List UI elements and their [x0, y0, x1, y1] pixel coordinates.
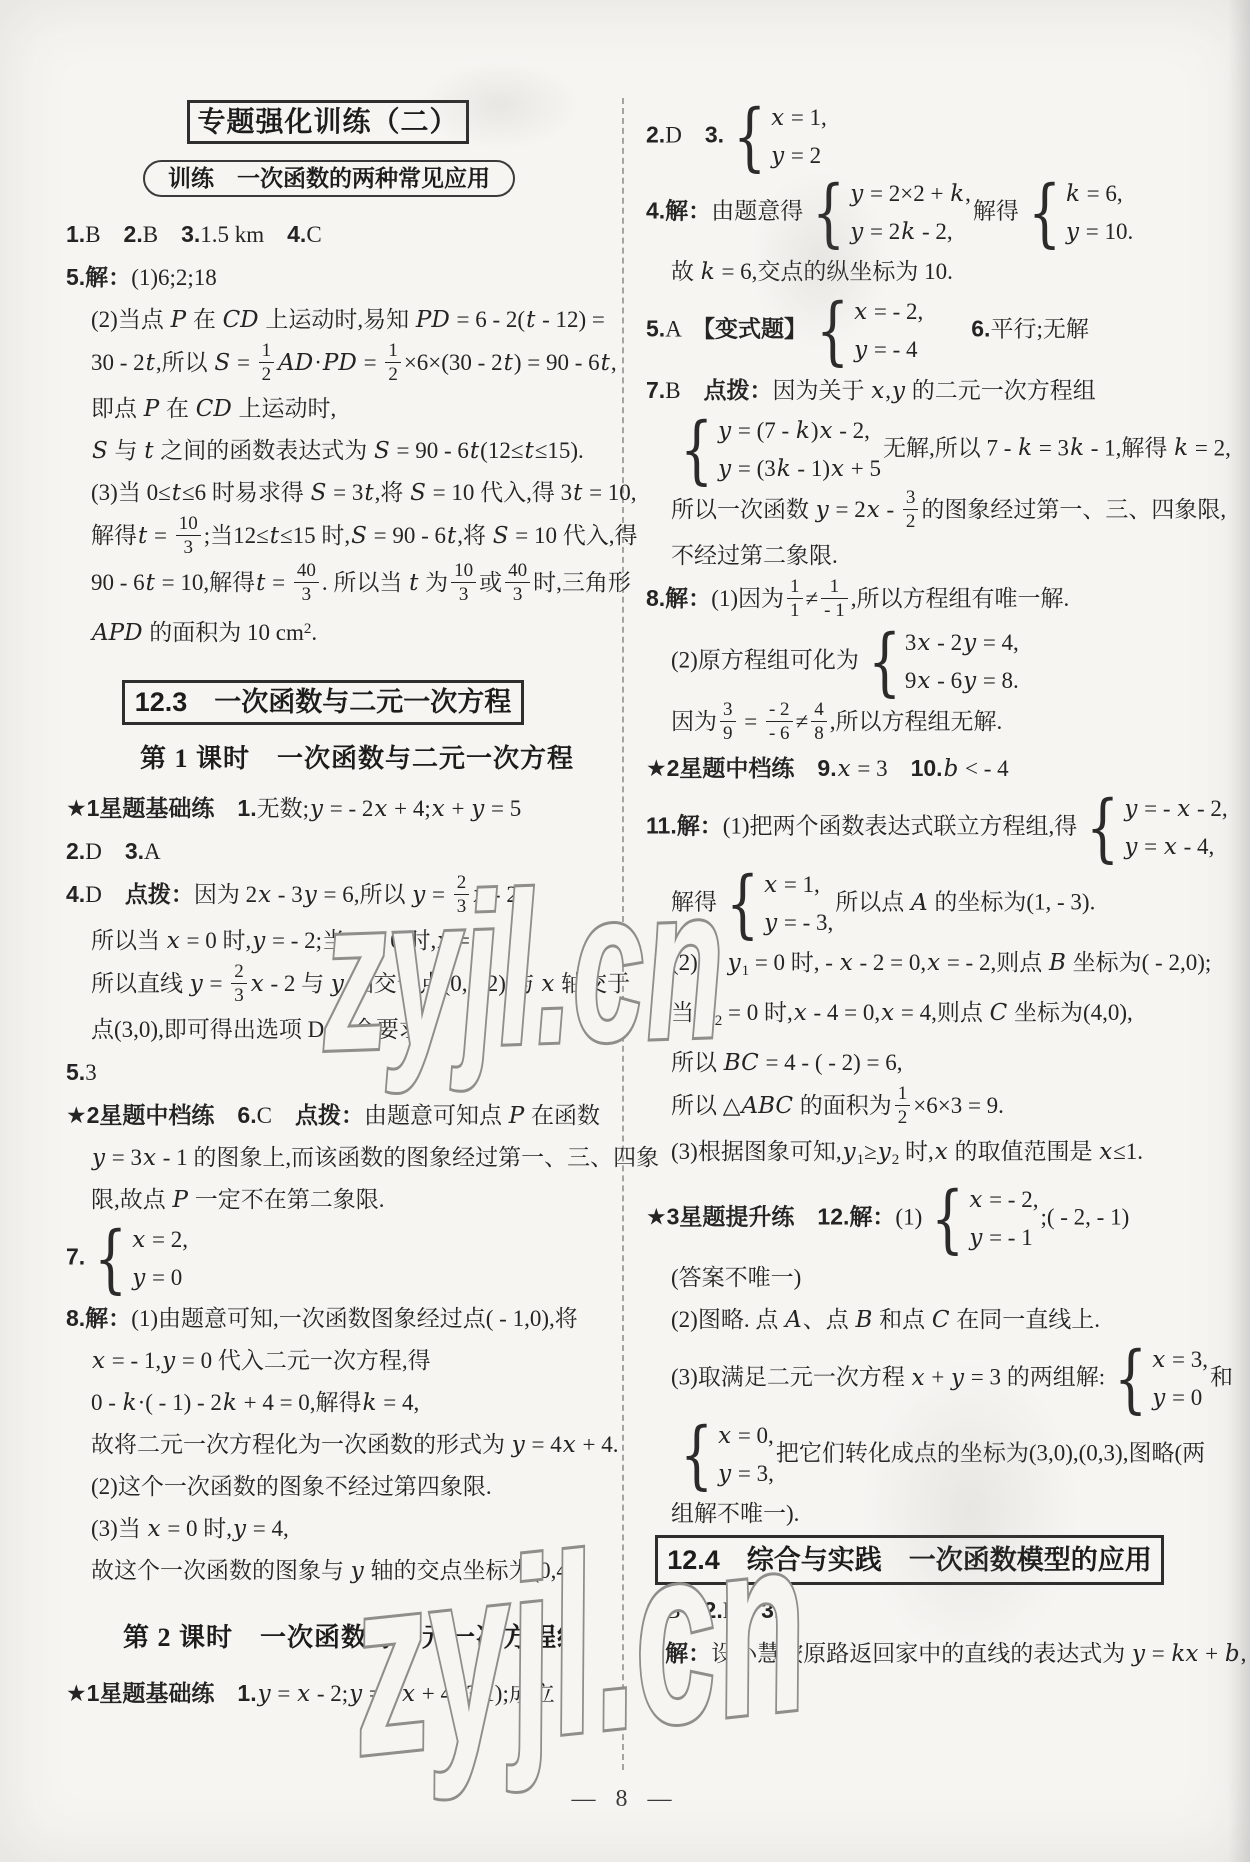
math-variable: t: [143, 438, 154, 464]
system-row: x = 0,: [717, 1417, 774, 1455]
answer-line: 所以一次函数 y = 2x - 32的图象经过第一、三、四象限,: [646, 488, 1220, 535]
system-rows: x = 0,y = 3,: [717, 1417, 774, 1493]
answer-line: 7.{x = 2,y = 0: [66, 1221, 618, 1297]
fraction-numerator: 1: [787, 575, 803, 598]
math-variable: y: [770, 143, 785, 169]
math-variable: x: [819, 418, 834, 444]
math-variable: A: [784, 1307, 803, 1333]
answer-line: 点(3,0),即可得出选项 D 符合要求.: [66, 1009, 618, 1051]
math-variable: S: [492, 523, 510, 549]
math-variable: t: [523, 438, 534, 464]
fraction-numerator: 4: [811, 698, 827, 721]
answer-line: (2)原方程组可化为{3x - 2y = 4,9x - 6y = 8.: [646, 624, 1220, 700]
bold-label: 4.解：: [646, 1640, 711, 1666]
math-variable: x: [472, 882, 487, 908]
fraction-denominator: 3: [176, 535, 201, 559]
system-brace: {: [733, 100, 766, 174]
bold-label: ★2星题中档练: [646, 755, 794, 781]
answer-line: S 与 t 之间的函数表达式为 S = 90 - 6t(12≤t≤15).: [66, 430, 618, 472]
math-variable: x: [717, 1423, 732, 1449]
section-header-box: 12.3 一次函数与二元一次方程: [122, 680, 524, 725]
system-rows: k = 6,y = 10.: [1065, 175, 1133, 251]
answer-line: 限,故点 P 一定不在第二象限.: [66, 1179, 618, 1221]
system-rows: x = 1,y = 2: [770, 99, 827, 175]
bold-label: 8.解：: [66, 1305, 131, 1331]
subscript: 1: [857, 1152, 865, 1168]
bold-label: 6.: [237, 1102, 256, 1128]
system-brace: {: [94, 1222, 127, 1296]
answer-line: (2)当点 P 在 CD 上运动时,易知 PD = 6 - 2(t - 12) …: [66, 299, 618, 341]
math-variable: y: [962, 668, 977, 694]
answer-line: APD 的面积为 10 cm2.: [66, 608, 618, 654]
math-variable: P: [143, 396, 160, 422]
math-variable: x: [934, 1139, 949, 1165]
math-variable: k: [700, 259, 716, 285]
subscript: 2: [892, 1152, 900, 1168]
fraction: 103: [451, 559, 476, 606]
system-row: x = 3,: [1151, 1341, 1208, 1379]
math-variable: b: [943, 756, 960, 782]
math-variable: x: [1176, 796, 1191, 822]
math-variable: k: [900, 219, 916, 245]
math-variable: x: [436, 928, 451, 954]
paper-smudge: [420, 60, 580, 150]
bold-label: 9.: [817, 755, 836, 781]
fraction: 23: [231, 960, 247, 1007]
fraction-denominator: - 6: [766, 721, 793, 745]
math-variable: x: [837, 756, 852, 782]
bold-label: 2.: [66, 838, 85, 864]
system-brace: {: [1028, 176, 1061, 250]
math-variable: y: [727, 950, 742, 976]
math-variable: y: [877, 1139, 892, 1165]
answer-line: (2)当 y1 = 0 时, - x - 2 = 0,x = - 2,则点 B …: [646, 942, 1220, 992]
system-row: 9x - 6y = 8.: [905, 662, 1019, 700]
fraction: 32: [903, 486, 919, 533]
fraction-numerator: 2: [454, 871, 470, 894]
answer-line: 8.解：(1)由题意可知,一次函数图象经过点( - 1,0),将: [66, 1297, 618, 1340]
math-variable: y: [1131, 1641, 1146, 1667]
math-variable: y: [257, 1681, 272, 1707]
subscript: 2: [715, 1013, 723, 1029]
fraction: 39: [720, 698, 736, 745]
answer-line: 故 k = 6,交点的纵坐标为 10.: [646, 251, 1220, 293]
math-variable: y: [189, 971, 204, 997]
paper-smudge: [750, 170, 890, 350]
equation-system: {x = 1,y = 2: [726, 99, 827, 175]
system-row: y = (7 - k)x - 2,: [717, 412, 881, 450]
math-variable: t: [446, 523, 457, 549]
equation-system: {x = - 2,y = - 1: [924, 1181, 1038, 1257]
math-variable: t: [525, 307, 536, 333]
equation-system: {x = 2,y = 0: [87, 1221, 188, 1297]
math-variable: x: [166, 928, 181, 954]
fraction-denominator: - 1: [821, 598, 848, 622]
answer-line: 2.D 3.{x = 1,y = 2: [646, 99, 1220, 175]
math-variable: y: [1123, 834, 1138, 860]
answer-line: 不经过第二象限.: [646, 535, 1220, 577]
math-variable: x: [250, 971, 265, 997]
math-variable: t: [145, 570, 156, 596]
math-variable: y: [1151, 1385, 1166, 1411]
math-variable: CD: [222, 307, 260, 333]
answer-line: 5.3: [66, 1051, 618, 1094]
bold-label: 1.: [66, 221, 85, 247]
bold-label: 5.: [646, 315, 665, 341]
math-variable: y: [1123, 796, 1138, 822]
math-variable: t: [137, 523, 148, 549]
math-variable: P: [508, 1103, 525, 1129]
fraction: 103: [176, 512, 201, 559]
system-row: x = - 2,: [968, 1181, 1038, 1219]
math-variable: C: [989, 1000, 1009, 1026]
system-row: y = (3k - 1)x + 5: [717, 450, 881, 488]
fraction-denominator: 2: [259, 362, 275, 386]
fraction: 12: [895, 1082, 911, 1129]
fraction-denominator: 3: [294, 582, 319, 606]
bold-label: 5.解：: [66, 264, 131, 290]
answer-line: 30 - 2t,所以 S = 12AD·PD = 12×6×(30 - 2t) …: [66, 341, 618, 388]
math-variable: B: [854, 1307, 873, 1333]
bold-label: 3.: [125, 838, 144, 864]
math-variable: kx: [1170, 1641, 1199, 1667]
math-variable: y: [717, 456, 732, 482]
fraction-denominator: 1: [787, 598, 803, 622]
bold-label: 10.: [911, 755, 943, 781]
answer-line: (3)当 x = 0 时,y = 4,: [66, 1508, 618, 1550]
math-variable: ABC: [740, 1093, 794, 1119]
math-variable: k: [949, 181, 965, 207]
math-variable: t: [269, 523, 280, 549]
math-variable: y: [891, 378, 906, 404]
math-variable: x: [916, 630, 931, 656]
column-divider: [622, 98, 624, 1770]
answer-line: 2.D 3.A: [66, 830, 618, 873]
math-variable: x: [431, 796, 446, 822]
equation-system: {k = 6,y = 10.: [1021, 175, 1133, 251]
math-variable: x: [131, 1227, 146, 1253]
fraction-numerator: 1: [385, 339, 401, 362]
answer-line: 解得t = 103;当12≤t≤15 时,S = 90 - 6t,将 S = 1…: [66, 514, 618, 561]
math-variable: x: [562, 1432, 577, 1458]
answer-line: (答案不唯一): [646, 1257, 1220, 1299]
math-variable: x: [770, 105, 785, 131]
equation-system: {x = 1,y = - 3,: [719, 866, 833, 942]
fraction-numerator: 1: [895, 1082, 911, 1105]
math-variable: y: [470, 796, 485, 822]
system-rows: x = 2,y = 0: [131, 1221, 188, 1297]
page-number: — 8 —: [0, 1786, 1250, 1813]
math-variable: t: [145, 350, 156, 376]
answer-line: 8.解：(1)因为11≠1- 1,所以方程组有唯一解.: [646, 577, 1220, 624]
answer-line: 故这个一次函数的图象与 y 轴的交点坐标为(0,4).: [66, 1550, 618, 1592]
math-variable: S: [409, 480, 427, 506]
fraction-denominator: 9: [720, 721, 736, 745]
bold-label: 3.: [181, 221, 200, 247]
fraction: 403: [294, 559, 319, 606]
math-variable: y: [411, 882, 426, 908]
math-variable: x: [1163, 834, 1178, 860]
math-variable: y: [815, 497, 830, 523]
answer-line: 所以当 x = 0 时,y = - 2;当 y = 0 时,x = 3,: [66, 920, 618, 962]
math-variable: A: [910, 890, 929, 916]
math-variable: x: [296, 1681, 311, 1707]
math-variable: C: [931, 1307, 951, 1333]
system-row: y = - 1: [968, 1219, 1038, 1257]
bold-label: 6.: [971, 315, 990, 341]
fraction-numerator: 3: [903, 486, 919, 509]
math-variable: t: [255, 570, 266, 596]
math-variable: x: [1098, 1139, 1113, 1165]
fraction-numerator: 40: [294, 559, 319, 582]
fraction-denominator: 8: [811, 721, 827, 745]
answer-line: 5.解：(1)6;2;18: [66, 256, 618, 299]
bold-label: 4.: [287, 221, 306, 247]
answer-line: (3)根据图象可知,y1≥y2 时,x 的取值范围是 x≤1.: [646, 1131, 1220, 1181]
math-variable: t: [363, 480, 374, 506]
math-variable: k: [1017, 435, 1033, 461]
superscript: 2: [304, 621, 312, 637]
system-row: x = 2,: [131, 1221, 188, 1259]
math-variable: k: [776, 456, 792, 482]
equation-system: {y = - x - 2,y = x - 4,: [1079, 790, 1227, 866]
system-brace: {: [931, 1182, 964, 1256]
math-variable: x: [916, 668, 931, 694]
system-rows: y = - x - 2,y = x - 4,: [1123, 790, 1227, 866]
math-variable: BC: [723, 1050, 760, 1076]
answer-line: 11.解：(1)把两个函数表达式联立方程组,得{y = - x - 2,y = …: [646, 790, 1220, 866]
math-variable: y: [351, 928, 366, 954]
answer-line: 7.B 点拨：因为关于 x,y 的二元一次方程组: [646, 369, 1220, 412]
answer-line: 当 y2 = 0 时,x - 4 = 0,x = 4,则点 C 坐标为(4,0)…: [646, 992, 1220, 1042]
fraction-numerator: 10: [176, 512, 201, 535]
math-variable: k: [1065, 181, 1081, 207]
bold-label: 7.: [66, 1244, 85, 1270]
bold-label: ★3星题提升练: [646, 1204, 794, 1230]
system-brace: {: [1086, 791, 1119, 865]
math-variable: x: [147, 1516, 162, 1542]
bold-label: 1.: [237, 1680, 256, 1706]
system-row: y = - 3,: [763, 904, 833, 942]
scanned-answer-page: 专题强化训练（二）训练 一次函数的两种常见应用1.B 2.B 3.1.5 km …: [0, 0, 1250, 1862]
bold-label: 7.: [646, 377, 665, 403]
math-variable: x: [880, 1000, 895, 1026]
paper-smudge: [860, 1360, 1080, 1660]
math-variable: y: [763, 910, 778, 936]
system-brace: {: [868, 625, 901, 699]
bold-label: 11.解：: [646, 813, 723, 839]
fraction-denominator: 3: [231, 983, 247, 1007]
bold-label: ★2星题中档练: [66, 1102, 214, 1128]
math-variable: x: [91, 1348, 106, 1374]
answer-line: 0 - k·( - 1) - 2k + 4 = 0,解得k = 4,: [66, 1382, 618, 1424]
system-rows: x = - 2,y = - 1: [968, 1181, 1038, 1257]
math-variable: x: [866, 497, 881, 523]
answer-line: 1.B 2.B 3.1.5 km 4.C: [66, 213, 618, 256]
math-variable: x: [1151, 1347, 1166, 1373]
system-brace: {: [726, 867, 759, 941]
answer-line: 解得{x = 1,y = - 3,所以点 A 的坐标为(1, - 3).: [646, 866, 1220, 942]
math-variable: x: [830, 456, 845, 482]
math-variable: AD: [277, 350, 314, 376]
bold-label: 2.: [704, 1597, 723, 1623]
answer-line: 即点 P 在 CD 上运动时,: [66, 388, 618, 430]
fraction-numerator: - 2: [766, 698, 793, 721]
answer-line: (3)当 0≤t≤6 时易求得 S = 3t,将 S = 10 代入,得 3t …: [66, 472, 618, 514]
fraction-numerator: 40: [505, 559, 530, 582]
fraction: - 2- 6: [766, 698, 793, 745]
bold-label: 2.: [124, 221, 143, 247]
bold-label: 4.: [66, 881, 85, 907]
system-row: y = - x - 2,: [1123, 790, 1227, 828]
math-variable: P: [170, 307, 187, 333]
math-variable: x: [968, 1187, 983, 1213]
answer-line: {y = (7 - k)x - 2,y = (3k - 1)x + 5无解,所以…: [646, 412, 1220, 488]
math-variable: x: [926, 950, 941, 976]
fraction: 48: [811, 698, 827, 745]
bold-label: 点拨：: [704, 377, 773, 403]
math-variable: x: [763, 872, 778, 898]
math-variable: y: [1065, 219, 1080, 245]
bold-label: ★1星题基础练: [66, 795, 214, 821]
bold-label: 点拨：: [295, 1102, 364, 1128]
equation-system: {x = 0,y = 3,: [673, 1417, 774, 1493]
fraction-numerator: 1: [821, 575, 848, 598]
system-rows: y = (7 - k)x - 2,y = (3k - 1)x + 5: [717, 412, 881, 488]
bold-label: 1.: [237, 795, 256, 821]
answer-line: 4.D 点拨：因为 2x - 3y = 6,所以 y = 23x - 2,: [66, 873, 618, 920]
answer-line: 所以 BC = 4 - ( - 2) = 6,: [646, 1042, 1220, 1084]
math-variable: y: [962, 630, 977, 656]
fraction-denominator: 3: [451, 582, 476, 606]
system-rows: x = 1,y = - 3,: [763, 866, 833, 942]
answer-line: ★1星题基础练 1.y = x - 2;y = - x + 4;(3,1);成立: [66, 1672, 618, 1715]
system-brace: {: [680, 413, 713, 487]
sub-header: 第 1 课时 一次函数与二元一次方程: [66, 739, 618, 779]
math-variable: y: [511, 1432, 526, 1458]
system-rows: x = 3,y = 0: [1151, 1341, 1208, 1417]
answer-line: 因为39 = - 2- 6≠48,所以方程组无解.: [646, 700, 1220, 747]
math-variable: y: [717, 1461, 732, 1487]
fraction-numerator: 1: [259, 339, 275, 362]
answer-line: 所以 △ABC 的面积为12×6×3 = 9.: [646, 1084, 1220, 1131]
bold-label: 12.解：: [817, 1204, 895, 1230]
math-variable: S: [213, 350, 231, 376]
math-variable: k: [1069, 435, 1085, 461]
math-variable: S: [310, 480, 328, 506]
bold-label: 3.: [761, 1597, 780, 1623]
subscript: 1: [742, 963, 750, 979]
system-row: k = 6,: [1065, 175, 1133, 213]
math-variable: y: [131, 1265, 146, 1291]
bold-label: 8.解：: [646, 585, 711, 611]
fraction-numerator: 3: [720, 698, 736, 721]
bold-label: 点拨：: [125, 881, 194, 907]
fraction-numerator: 10: [451, 559, 476, 582]
math-variable: y: [303, 882, 318, 908]
system-row: 3x - 2y = 4,: [905, 624, 1019, 662]
math-variable: y: [232, 1516, 247, 1542]
system-row: y = 3,: [717, 1455, 774, 1493]
bold-label: 3.: [705, 121, 724, 147]
math-variable: x: [793, 1000, 808, 1026]
fraction-denominator: 2: [895, 1105, 911, 1129]
answer-line: (2)图略. 点 A、点 B 和点 C 在同一直线上.: [646, 1299, 1220, 1341]
bold-label: ★1星题基础练: [66, 1680, 214, 1706]
math-variable: t: [408, 570, 419, 596]
fraction-denominator: 3: [505, 582, 530, 606]
math-variable: x: [540, 971, 555, 997]
fraction-denominator: 2: [385, 362, 401, 386]
math-variable: P: [172, 1187, 189, 1213]
answer-line: ★2星题中档练 9.x = 3 10.b < - 4: [646, 747, 1220, 790]
fraction-numerator: 2: [231, 960, 247, 983]
math-variable: APD: [91, 620, 144, 646]
math-variable: y: [350, 1558, 365, 1584]
system-row: x = 1,: [770, 99, 827, 137]
math-variable: y: [348, 1681, 363, 1707]
fraction: 403: [505, 559, 530, 606]
equation-system: {x = 3,y = 0: [1107, 1341, 1208, 1417]
answer-line: 90 - 6t = 10,解得t = 403. 所以当 t 为103或403时,…: [66, 561, 618, 608]
math-variable: x: [142, 1145, 157, 1171]
math-variable: x: [839, 950, 854, 976]
equation-system: {3x - 2y = 4,9x - 6y = 8.: [861, 624, 1019, 700]
math-variable: S: [91, 438, 109, 464]
answer-line: ★2星题中档练 6.C 点拨：由题意可知点 P 在函数: [66, 1094, 618, 1137]
answer-line: ★3星题提升练 12.解：(1){x = - 2,y = - 1;( - 2, …: [646, 1181, 1220, 1257]
math-variable: y: [842, 1139, 857, 1165]
math-variable: y: [251, 928, 266, 954]
answer-line: 所以直线 y = 23x - 2 与 y 轴交于点(0, - 2),与 x 轴交…: [66, 962, 618, 1009]
math-variable: y: [968, 1225, 983, 1251]
answer-line: x = - 1,y = 0 代入二元一次方程,得: [66, 1340, 618, 1382]
system-brace: {: [680, 1418, 713, 1492]
system-row: y = 0: [131, 1259, 188, 1297]
system-brace: {: [1114, 1342, 1147, 1416]
math-variable: PD: [322, 350, 358, 376]
math-variable: k: [362, 1390, 378, 1416]
math-variable: y: [309, 796, 324, 822]
answer-line: 4.解：由题意得{y = 2×2 + k,y = 2k - 2,解得{k = 6…: [646, 175, 1220, 251]
answer-line: 故将二元一次方程化为一次函数的形式为 y = 4x + 4.: [66, 1424, 618, 1466]
math-variable: t: [171, 480, 182, 506]
math-variable: x: [257, 882, 272, 908]
math-variable: x: [401, 1681, 416, 1707]
system-row: y = x - 4,: [1123, 828, 1227, 866]
math-variable: y: [161, 1348, 176, 1374]
math-variable: y: [91, 1145, 106, 1171]
fraction: 1- 1: [821, 575, 848, 622]
math-variable: y: [700, 1000, 715, 1026]
answer-line: y = 3x - 1 的图象上,而该函数的图象经过第一、三、四象: [66, 1137, 618, 1179]
fraction: 12: [385, 339, 401, 386]
math-variable: PD: [415, 307, 451, 333]
system-row: y = 10.: [1065, 213, 1133, 251]
math-variable: y: [330, 971, 345, 997]
fraction: 12: [259, 339, 275, 386]
math-variable: t: [503, 350, 514, 376]
math-variable: S: [373, 438, 391, 464]
bold-label: 4.解：: [646, 197, 711, 223]
fraction: 11: [787, 575, 803, 622]
math-variable: S: [350, 523, 368, 549]
answer-line: ★1星题基础练 1.无数;y = - 2x + 4;x + y = 5: [66, 787, 618, 830]
fraction-denominator: 2: [903, 509, 919, 533]
scan-edge-shade: [1228, 0, 1250, 1862]
fraction-denominator: 3: [454, 894, 470, 918]
answer-line: (2)这个一次函数的图象不经过第四象限.: [66, 1466, 618, 1508]
